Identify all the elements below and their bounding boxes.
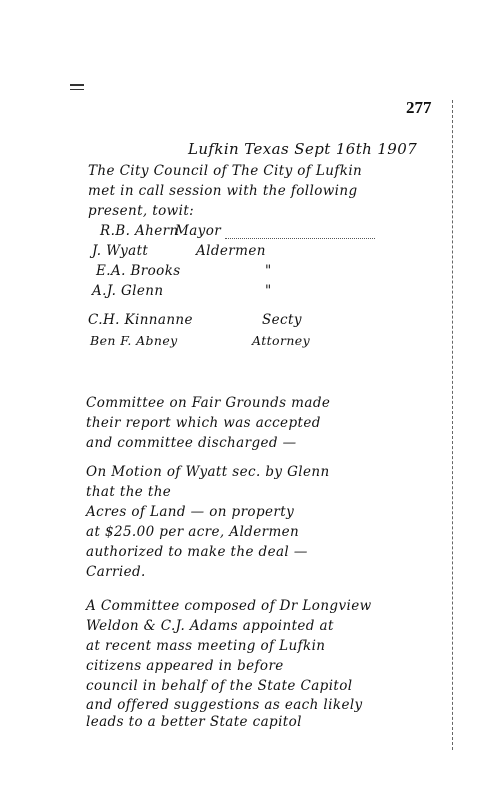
attendee-name: R.B. Ahern xyxy=(100,223,179,239)
opening-line: met in call session with the following xyxy=(88,183,358,199)
paragraph-line: that the the xyxy=(86,484,171,500)
page-number: 277 xyxy=(406,98,432,118)
attendee-name: Ben F. Abney xyxy=(90,333,178,348)
corner-mark xyxy=(70,84,84,90)
paragraph-line: council in behalf of the State Capitol xyxy=(86,678,353,694)
date-line: Lufkin Texas Sept 16th 1907 xyxy=(188,140,417,158)
paragraph-line: citizens appeared in before xyxy=(86,658,284,674)
paragraph-line: Carried. xyxy=(86,564,146,580)
attendee-role: Attorney xyxy=(252,333,310,348)
paragraph-line: at $25.00 per acre, Aldermen xyxy=(86,524,299,540)
paragraph-line: and offered suggestions as each likely xyxy=(86,697,363,713)
paragraph-line: Weldon & C.J. Adams appointed at xyxy=(86,618,334,634)
right-margin-rule xyxy=(452,100,453,750)
attendee-name: A.J. Glenn xyxy=(92,283,163,299)
attendee-role: Aldermen xyxy=(196,243,266,259)
paragraph-line: leads to a better State capitol xyxy=(86,714,302,730)
paragraph-line: Acres of Land — on property xyxy=(86,504,294,520)
paragraph-line: A Committee composed of Dr Longview xyxy=(86,598,372,614)
attendee-name: J. Wyatt xyxy=(92,243,148,259)
paragraph-line: at recent mass meeting of Lufkin xyxy=(86,638,325,654)
attendee-role: " xyxy=(265,283,272,299)
opening-line: present, towit: xyxy=(88,203,194,219)
attendee-role: Secty xyxy=(262,312,302,328)
paragraph-line: authorized to make the deal — xyxy=(86,544,308,560)
attendee-role: " xyxy=(265,263,272,279)
paragraph-line: Committee on Fair Grounds made xyxy=(86,395,330,411)
attendee-name: C.H. Kinnanne xyxy=(88,312,193,328)
paragraph-line: On Motion of Wyatt sec. by Glenn xyxy=(86,464,330,480)
attendee-name: E.A. Brooks xyxy=(96,263,181,279)
paragraph-line: their report which was accepted xyxy=(86,415,321,431)
opening-line: The City Council of The City of Lufkin xyxy=(88,163,362,179)
attendee-role: Mayor xyxy=(175,223,221,239)
paragraph-line: and committee discharged — xyxy=(86,435,297,451)
dotted-leader xyxy=(225,238,375,239)
